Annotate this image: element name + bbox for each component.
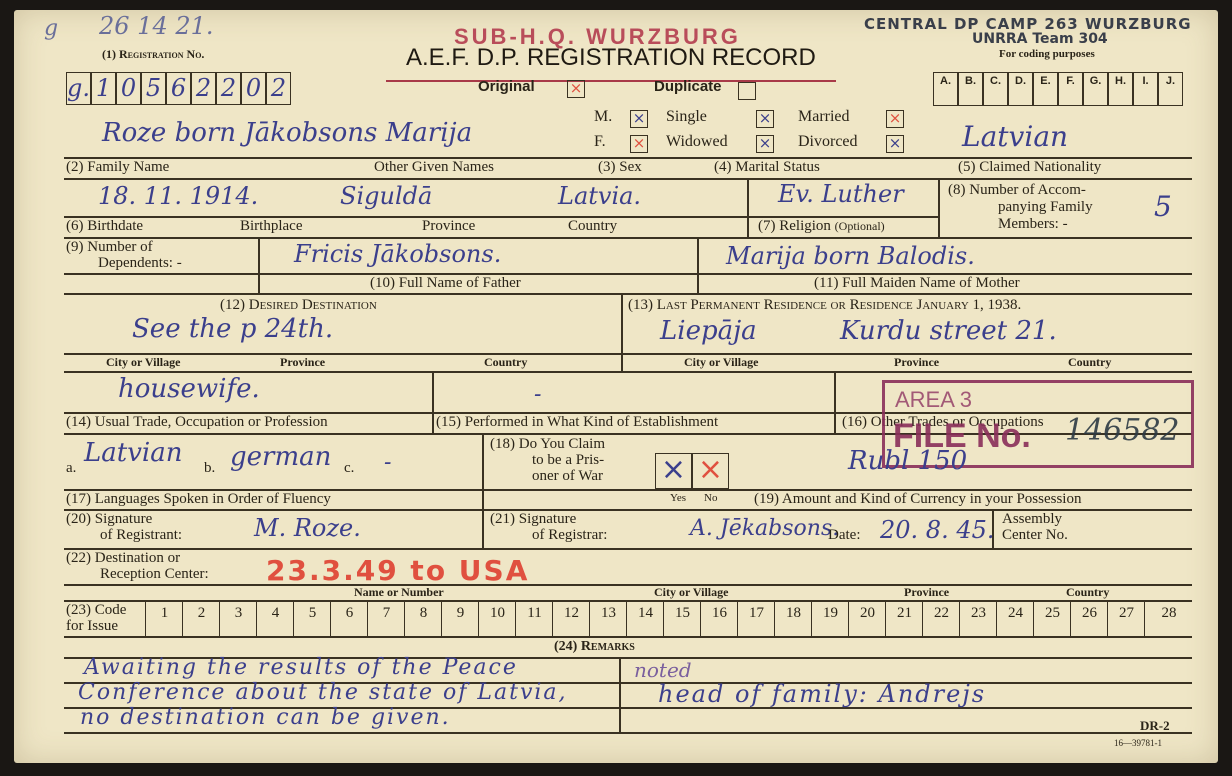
father-label: (10) Full Name of Father: [370, 275, 521, 292]
rule: [697, 237, 699, 294]
registrant-signature-value[interactable]: M. Roze.: [254, 514, 361, 542]
dependents-label: (9) Number of Dependents: -: [66, 239, 182, 271]
coding-cell: H.: [1108, 72, 1133, 106]
sex-label: (3) Sex: [598, 159, 642, 176]
reg-digit: 1: [91, 72, 116, 105]
sig-label-line: of Registrar:: [490, 527, 607, 543]
destination-value[interactable]: 23.3.49 to USA: [266, 554, 529, 587]
rule: [64, 548, 1192, 550]
coding-cell: B.: [958, 72, 983, 106]
divorced-label: Divorced: [798, 133, 858, 151]
rule: [432, 371, 434, 433]
religion-label-text: (7) Religion: [758, 218, 831, 234]
code-cell[interactable]: 8: [404, 602, 442, 636]
accompanying-label-line: panying Family: [948, 199, 1093, 216]
remarks-label: (24) Remarks: [554, 639, 635, 655]
registrant-signature-label: (20) Signature of Registrant:: [66, 511, 182, 543]
code-for-issue-label: (23) Code for Issue: [66, 602, 126, 634]
accompanying-label: (8) Number of Accom- panying Family Memb…: [948, 182, 1093, 233]
code-label-line: for Issue: [66, 618, 126, 634]
registrar-signature-value[interactable]: A. Jēkabsons.: [690, 516, 839, 541]
form-title: A.E.F. D.P. REGISTRATION RECORD: [406, 44, 816, 72]
code-cell[interactable]: 11: [515, 602, 553, 636]
handwritten-prefix: g: [44, 16, 58, 41]
code-cell[interactable]: 27: [1107, 602, 1145, 636]
birthdate-label: (6) Birthdate: [66, 218, 143, 235]
coding-cell: A.: [933, 72, 958, 106]
code-cell[interactable]: 2: [182, 602, 220, 636]
rule: [64, 273, 1192, 275]
accompanying-value[interactable]: 5: [1154, 190, 1172, 223]
establishment-value[interactable]: -: [534, 382, 541, 407]
code-cell[interactable]: 5: [293, 602, 331, 636]
rule: [992, 509, 994, 550]
birthdate-value[interactable]: 18. 11. 1914.: [98, 182, 258, 210]
red-strike-line: [386, 80, 836, 82]
reg-digit: 0: [116, 72, 141, 105]
rule: [64, 293, 1192, 295]
currency-value[interactable]: Rubl 150: [848, 446, 967, 476]
remarks-left-line2[interactable]: Conference about the state of Latvia,: [78, 680, 568, 705]
code-cell[interactable]: 28: [1144, 602, 1193, 636]
code-cell[interactable]: 26: [1070, 602, 1108, 636]
code-cell[interactable]: 25: [1033, 602, 1071, 636]
widowed-checkbox[interactable]: ×: [756, 135, 774, 153]
currency-label: (19) Amount and Kind of Currency in your…: [754, 491, 1081, 508]
destination-label: (22) Destination or Reception Center:: [66, 550, 209, 582]
rule: [64, 353, 1192, 355]
code-header-province: Province: [904, 585, 949, 600]
code-cell[interactable]: 18: [774, 602, 812, 636]
rule: [621, 293, 623, 373]
file-no-value: 146582: [1065, 413, 1180, 448]
last-residence-street[interactable]: Kurdu street 21.: [840, 316, 1057, 346]
remarks-right-line2[interactable]: head of family: Andrejs: [658, 680, 986, 708]
trade-label: (14) Usual Trade, Occupation or Professi…: [66, 414, 328, 431]
religion-value[interactable]: Ev. Luther: [778, 180, 904, 208]
registration-label: (1) Registration No.: [102, 47, 204, 62]
other-names-label: Other Given Names: [374, 159, 494, 176]
pow-label: (18) Do You Claim to be a Pris- oner of …: [490, 436, 605, 484]
sex-f-label: F.: [594, 133, 606, 151]
accompanying-label-line: Members: -: [948, 216, 1093, 233]
widowed-label: Widowed: [666, 133, 728, 151]
coding-cell: D.: [1008, 72, 1033, 106]
married-checkbox[interactable]: ×: [886, 110, 904, 128]
lang-c-prefix: c.: [344, 460, 354, 477]
code-cell[interactable]: 6: [330, 602, 368, 636]
code-cell[interactable]: 13: [589, 602, 627, 636]
remarks-noted[interactable]: noted: [634, 658, 692, 682]
province-label: Province: [422, 218, 475, 235]
code-cell[interactable]: 19: [811, 602, 849, 636]
languages-label: (17) Languages Spoken in Order of Fluenc…: [66, 491, 331, 508]
original-checkbox[interactable]: ×: [567, 80, 585, 98]
lang-c-value[interactable]: -: [384, 450, 391, 475]
code-header-country: Country: [1066, 585, 1109, 600]
reg-digit: 5: [141, 72, 166, 105]
mother-value[interactable]: Marija born Balodis.: [726, 242, 975, 270]
coding-cell: C.: [983, 72, 1008, 106]
code-cell[interactable]: 23: [959, 602, 997, 636]
code-cell[interactable]: 15: [663, 602, 701, 636]
country-label: Country: [1068, 355, 1111, 370]
nationality-label: (5) Claimed Nationality: [958, 159, 1101, 176]
code-cell[interactable]: 14: [626, 602, 664, 636]
birthplace-value[interactable]: Siguldā: [340, 182, 432, 210]
rule: [258, 237, 260, 294]
coding-cell: G.: [1083, 72, 1108, 106]
assembly-label-line: Assembly: [1002, 511, 1068, 527]
code-cell[interactable]: 3: [219, 602, 257, 636]
coding-cell: F.: [1058, 72, 1083, 106]
rule: [64, 584, 1192, 586]
rule: [64, 636, 1192, 638]
duplicate-label: Duplicate: [654, 78, 722, 95]
father-value[interactable]: Fricis Jākobsons.: [294, 240, 501, 268]
nationality-value[interactable]: Latvian: [962, 120, 1068, 153]
lang-a-value[interactable]: Latvian: [84, 438, 182, 468]
destination-label-line: (22) Destination or: [66, 550, 209, 566]
date-label: Date:: [828, 527, 860, 544]
mother-label: (11) Full Maiden Name of Mother: [814, 275, 1020, 292]
lang-b-prefix: b.: [204, 460, 215, 477]
rule: [834, 371, 836, 433]
province-label: Province: [280, 355, 325, 370]
print-code: 16—39781-1: [1114, 738, 1162, 748]
country-label: Country: [568, 218, 617, 235]
code-cell[interactable]: 1: [145, 602, 183, 636]
coding-label: For coding purposes: [999, 48, 1095, 60]
sig-label-line: (20) Signature: [66, 511, 182, 527]
sex-m-checkbox[interactable]: ×: [630, 110, 648, 128]
sex-f-checkbox[interactable]: ×: [630, 135, 648, 153]
last-residence-city[interactable]: Liepāja: [660, 316, 757, 346]
rule: [482, 433, 484, 550]
area-stamp-text: AREA 3: [895, 387, 972, 413]
divorced-checkbox[interactable]: ×: [886, 135, 904, 153]
city-label: City or Village: [106, 355, 180, 370]
coding-cell: I.: [1133, 72, 1158, 106]
rule: [64, 371, 1192, 373]
lang-a-prefix: a.: [66, 460, 76, 477]
family-name-label: (2) Family Name: [66, 159, 169, 176]
assembly-center-label: Assembly Center No.: [1002, 511, 1068, 543]
sex-m-label: M.: [594, 108, 612, 126]
registrar-signature-label: (21) Signature of Registrar:: [490, 511, 607, 543]
code-cell[interactable]: 22: [922, 602, 960, 636]
reg-digit: 2: [266, 72, 291, 105]
birthplace-label: Birthplace: [240, 218, 302, 235]
reg-digit: 0: [241, 72, 266, 105]
pow-label-line: oner of War: [490, 468, 605, 484]
code-header-name: Name or Number: [354, 585, 444, 600]
code-cell[interactable]: 7: [367, 602, 405, 636]
birth-country-value[interactable]: Latvia.: [558, 182, 641, 210]
reg-digit: 2: [191, 72, 216, 105]
handwritten-top-number: 26 14 21.: [99, 12, 214, 40]
destination-label-line: Reception Center:: [66, 566, 209, 582]
married-label: Married: [798, 108, 850, 126]
lang-b-value[interactable]: german: [230, 442, 331, 472]
duplicate-checkbox[interactable]: [738, 82, 756, 100]
trade-value[interactable]: housewife.: [118, 374, 260, 404]
single-checkbox[interactable]: ×: [756, 110, 774, 128]
original-label: Original: [478, 78, 535, 95]
remarks-left-line1[interactable]: Awaiting the results of the Peace: [84, 655, 518, 680]
last-residence-label: (13) Last Permanent Residence or Residen…: [628, 297, 1021, 314]
rule: [747, 178, 749, 238]
code-cell[interactable]: 20: [848, 602, 886, 636]
reg-digit: 6: [166, 72, 191, 105]
dependents-label-line: Dependents: -: [66, 255, 182, 271]
reg-digit: 2: [216, 72, 241, 105]
coding-cell: J.: [1158, 72, 1183, 106]
religion-optional: (Optional): [835, 219, 885, 233]
rule: [619, 657, 621, 734]
pow-label-line: (18) Do You Claim: [490, 436, 605, 452]
desired-destination-value[interactable]: See the p 24th.: [132, 314, 333, 344]
city-label: City or Village: [684, 355, 758, 370]
pow-yes-label: Yes: [670, 492, 686, 504]
remarks-left-line3[interactable]: no destination can be given.: [80, 705, 451, 730]
registration-card: g 26 14 21. (1) Registration No. g. 1 0 …: [14, 10, 1218, 763]
code-cell[interactable]: 16: [700, 602, 738, 636]
rule: [64, 732, 1192, 734]
sig-label-line: of Registrant:: [66, 527, 182, 543]
single-label: Single: [666, 108, 707, 126]
code-cell[interactable]: 4: [256, 602, 294, 636]
sig-label-line: (21) Signature: [490, 511, 607, 527]
code-cell[interactable]: 12: [552, 602, 590, 636]
pow-label-line: to be a Pris-: [490, 452, 605, 468]
religion-label: (7) Religion (Optional): [758, 218, 885, 235]
pow-no-checkbox[interactable]: ×: [692, 453, 729, 489]
assembly-label-line: Center No.: [1002, 527, 1068, 543]
coding-cell: E.: [1033, 72, 1058, 106]
establishment-label: (15) Performed in What Kind of Establish…: [436, 414, 718, 431]
rule: [64, 237, 1192, 239]
camp-stamp-line2: UNRRA Team 304: [972, 31, 1108, 47]
marital-status-label: (4) Marital Status: [714, 159, 820, 176]
pow-no-label: No: [704, 492, 717, 504]
code-cell[interactable]: 17: [737, 602, 775, 636]
accompanying-label-line: (8) Number of Accom-: [948, 182, 1093, 199]
desired-destination-label: (12) Desired Destination: [220, 297, 377, 314]
date-value[interactable]: 20. 8. 45.: [880, 516, 995, 544]
province-label: Province: [894, 355, 939, 370]
code-cell[interactable]: 10: [478, 602, 516, 636]
code-header-city: City or Village: [654, 585, 728, 600]
dependents-label-line: (9) Number of: [66, 239, 182, 255]
name-value[interactable]: Roze born Jākobsons Marija: [102, 118, 472, 148]
pow-yes-checkbox[interactable]: ×: [655, 453, 692, 489]
rule: [64, 178, 1192, 180]
code-cell[interactable]: 21: [885, 602, 923, 636]
country-label: Country: [484, 355, 527, 370]
reg-digit: g.: [66, 72, 91, 105]
code-cell[interactable]: 24: [996, 602, 1034, 636]
code-cell[interactable]: 9: [441, 602, 479, 636]
code-label-line: (23) Code: [66, 602, 126, 618]
rule: [938, 178, 940, 238]
form-number: DR-2: [1140, 718, 1170, 734]
